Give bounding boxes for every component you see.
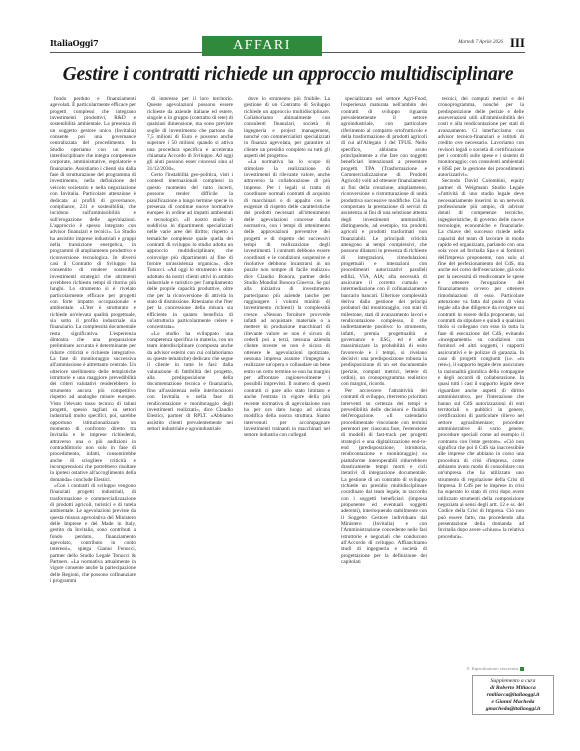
paragraph: Per accrescere l'attrattività dei contra… xyxy=(341,388,427,566)
copyright-text: © Riproduzione riservata xyxy=(466,666,518,671)
supplement-label: Supplemento a cura xyxy=(473,678,553,685)
paragraph: di interesse per il loro territorio. Que… xyxy=(147,96,233,172)
end-of-article-square-icon xyxy=(520,667,524,671)
copyright-signoff: © Riproduzione riservata xyxy=(438,666,524,671)
issue-date: Martedì 7 Aprile 2026 xyxy=(458,40,503,45)
page-number: III xyxy=(510,35,525,51)
paragraph: Certo l'instabilità geo-politica, visti … xyxy=(147,172,233,331)
editor-name-1: di Roberto Miliacca xyxy=(473,685,553,692)
article-column-5: tecnici, dei computi metrici e del crono… xyxy=(438,96,524,651)
paragraph: Secondo David Colombini, equity partner … xyxy=(438,178,524,540)
article-headline: Gestire i contratti richiede un approcci… xyxy=(48,64,528,86)
article-column-2: di interesse per il loro territorio. Que… xyxy=(147,96,233,636)
editor-email-1[interactable]: rmiliacca@italiaoggi.it xyxy=(473,692,553,699)
article-column-3: dove lo strumento più fruibile. La gesti… xyxy=(244,96,330,636)
paragraph: dove lo strumento più fruibile. La gesti… xyxy=(244,96,330,159)
paragraph: tecnici, dei computi metrici e del crono… xyxy=(438,96,524,178)
editor-email-2[interactable]: gmacheda@italiaoggi.it xyxy=(473,706,553,713)
section-banner: AFFARI LEGALI xyxy=(202,36,322,56)
paragraph: fondo perduto e finanziamenti agevolati.… xyxy=(50,96,136,483)
page-header: ItaliaOggi7 AFFARI LEGALI Martedì 7 Apri… xyxy=(50,30,525,54)
paragraph: «La normativa ha lo scopo di stimolare l… xyxy=(244,159,330,438)
masthead-logo: ItaliaOggi7 xyxy=(50,38,98,48)
article-column-1: fondo perduto e finanziamenti agevolati.… xyxy=(50,96,136,636)
paragraph: «Con i contratti di sviluppo vengono fin… xyxy=(50,483,136,585)
paragraph: specializzato nel settore Agri-Food, l'e… xyxy=(341,96,427,388)
article-body: fondo perduto e finanziamenti agevolati.… xyxy=(50,96,525,636)
supplement-credits-box: Supplemento a cura di Roberto Miliacca r… xyxy=(472,675,554,715)
editor-name-2: e Gianni Macheda xyxy=(473,699,553,706)
article-column-4: specializzato nel settore Agri-Food, l'e… xyxy=(341,96,427,636)
paragraph: «Lo studio ha sviluppato una competenza … xyxy=(147,331,233,433)
